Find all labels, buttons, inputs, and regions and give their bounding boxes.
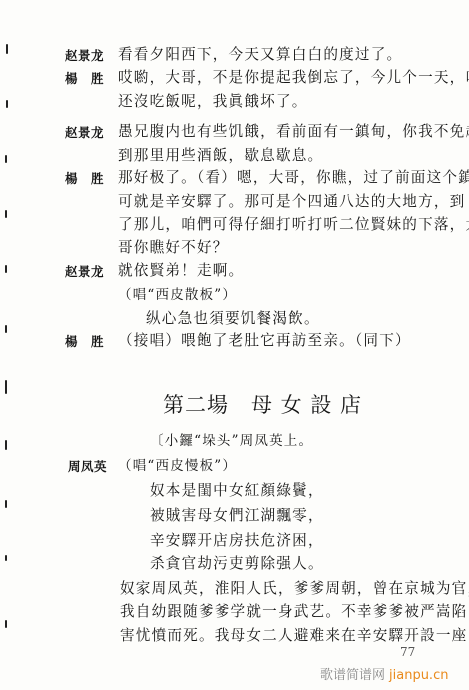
binding-mark <box>6 100 8 108</box>
dialogue-line: 看看夕阳西下，今天又算白白的度过了。 <box>118 46 402 64</box>
speech-line: 奴家周凤英，淮阳人氏，爹爹周朝，曾在京城为官，是 <box>120 580 469 598</box>
binding-mark <box>5 500 7 508</box>
dialogue-line: 哎喲，大哥，不是你提起我倒忘了，今儿个一天，咱們 <box>118 69 469 87</box>
speaker-label: 楊 胜 <box>65 333 104 351</box>
book-page: 赵景龙 看看夕阳西下，今天又算白白的度过了。 楊 胜 哎喲，大哥，不是你提起我倒… <box>0 0 469 690</box>
binding-mark <box>6 44 8 54</box>
site-watermark: 歌谱简谱网jianpu.cn <box>320 664 448 683</box>
aria-verse: 奴本是閨中女紅顏綠鬢， <box>150 482 324 500</box>
dialogue-line: 了那儿，咱們可得仔細打听打听二位賢妹的下落，大 <box>118 216 469 234</box>
binding-mark <box>5 325 7 333</box>
dialogue-line: 愚兄腹内也有些饥餓，看前面有一鎮甸，你我不免赶 <box>118 123 469 141</box>
watermark-text: 歌谱简谱网 <box>320 668 385 683</box>
watermark-domain: jianpu.cn <box>389 668 448 683</box>
aria-verse: 被賊害母女們江湖飄零， <box>150 507 324 525</box>
aria-verse: 杀貪官劫污吏剪除强人。 <box>150 555 324 573</box>
aria-mode-direction: （唱“西皮慢板”） <box>118 457 237 475</box>
binding-mark <box>5 265 7 273</box>
binding-mark <box>5 155 7 163</box>
aria-mode-direction: （唱“西皮散板”） <box>118 286 237 304</box>
speaker-label: 赵景龙 <box>65 263 104 281</box>
aria-verse: 纵心急也須要饥餐渴飲。 <box>146 310 320 328</box>
dialogue-line: 可就是辛安驛了。那可是个四通八达的大地方，到 <box>118 193 465 211</box>
binding-mark <box>5 555 7 561</box>
aria-verse: 辛安驛开店房扶危济困， <box>150 532 324 550</box>
dialogue-line: 那好极了。（看）嗯，大哥，你瞧，过了前面这个鎮甸 <box>118 169 469 187</box>
dialogue-line: 到那里用些酒飯，歇息歇息。 <box>118 147 323 165</box>
binding-mark <box>5 210 7 218</box>
speaker-label: 周凤英 <box>68 458 107 476</box>
binding-mark <box>5 440 7 450</box>
speaker-label: 楊 胜 <box>65 170 104 188</box>
speaker-label: 赵景龙 <box>65 124 104 142</box>
speaker-label: 楊 胜 <box>65 70 104 88</box>
dialogue-line: 就依賢弟！走啊。 <box>118 262 244 280</box>
speaker-label: 赵景龙 <box>65 47 104 65</box>
stage-direction: 〔小鑼“垛头”周凤英上。 <box>150 432 313 450</box>
binding-mark <box>5 620 7 628</box>
speech-line: 害忧憤而死。我母女二人避难来在辛安驛开設一座 <box>120 627 467 645</box>
binding-mark <box>5 380 7 394</box>
dialogue-line: 还沒吃飯呢，我眞餓坏了。 <box>118 93 308 111</box>
scene-title: 第二場 母 女 設 店 <box>163 392 362 418</box>
speech-line: 我自幼跟随爹爹学就一身武艺。不幸爹爹被严嵩陷 <box>120 603 467 621</box>
page-number: 77 <box>400 645 415 659</box>
dialogue-line: （接唱）喂飽了老肚它再訪至亲。（同下） <box>118 332 411 350</box>
dialogue-line: 哥你瞧好不好？ <box>118 239 229 257</box>
